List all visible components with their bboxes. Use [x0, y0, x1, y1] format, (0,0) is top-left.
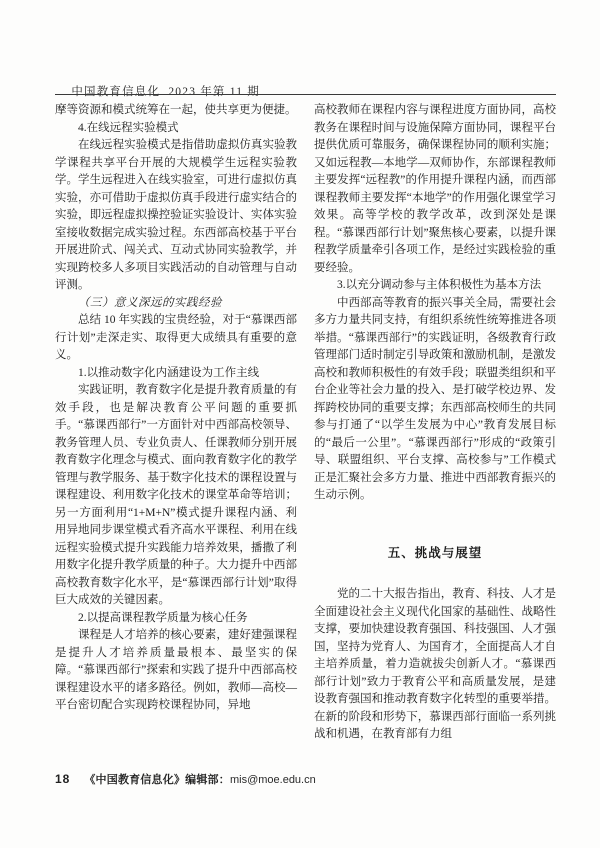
publisher-label: 《中国教育信息化》编辑部：: [84, 774, 230, 786]
page-footer: 18 《中国教育信息化》编辑部：mis@moe.edu.cn: [55, 771, 555, 787]
left-column: 摩等资源和模式统筹在一起，使共享更为便捷。 4.在线远程实验模式 在线远程实验模…: [55, 102, 297, 744]
body-paragraph: 中西部高等教育的振兴事关全局，需要社会多方力量共同支持，有组织系统性统筹推进各项…: [314, 295, 556, 505]
journal-title-issue: 中国教育信息化 2023 年第 11 期: [71, 86, 260, 98]
right-column: 高校教师在课程内容与课程进度方面协同，高校教务在课程时间与设施保障方面协同，课程…: [314, 102, 556, 744]
body-paragraph: 党的二十大报告指出，教育、科技、人才是全面建设社会主义现代化国家的基础性、战略性…: [314, 586, 556, 744]
body-paragraph: 课程是人才培养的核心要素，建好建强课程是提升人才培养质量最根本、最坚实的保障。“…: [55, 627, 297, 715]
publisher-email: mis@moe.edu.cn: [230, 774, 316, 786]
header-divider: [55, 94, 556, 95]
numbered-point-heading: 1.以推动数字化内涵建设为工作主线: [55, 365, 297, 383]
body-paragraph: 实践证明，教育数字化是提升教育质量的有效手段，也是解决教育公平问题的重要抓手。“…: [55, 382, 297, 610]
numbered-point-heading: 4.在线远程实验模式: [55, 120, 297, 138]
numbered-point-heading: 3.以充分调动参与主体积极性为基本方法: [314, 277, 556, 295]
page-number: 18: [55, 772, 70, 786]
article-body: 摩等资源和模式统筹在一起，使共享更为便捷。 4.在线远程实验模式 在线远程实验模…: [55, 102, 556, 744]
body-paragraph-continuation: 摩等资源和模式统筹在一起，使共享更为便捷。: [55, 102, 297, 120]
body-paragraph: 在线远程实验模式是指借助虚拟仿真实验教学课程共享平台开展的大规模学生远程实验教学…: [55, 137, 297, 295]
subsection-heading: （三）意义深远的实践经验: [55, 295, 297, 313]
section-heading: 五、挑战与展望: [314, 545, 556, 563]
body-paragraph-continuation: 高校教师在课程内容与课程进度方面协同，高校教务在课程时间与设施保障方面协同，课程…: [314, 102, 556, 277]
body-paragraph: 总结 10 年实践的宝贵经验，对于“慕课西部行计划”走深走实、取得更大成绩具有重…: [55, 312, 297, 365]
journal-page: 中国教育信息化 2023 年第 11 期 摩等资源和模式统筹在一起，使共享更为便…: [0, 0, 600, 848]
numbered-point-heading: 2.以提高课程教学质量为核心任务: [55, 610, 297, 628]
